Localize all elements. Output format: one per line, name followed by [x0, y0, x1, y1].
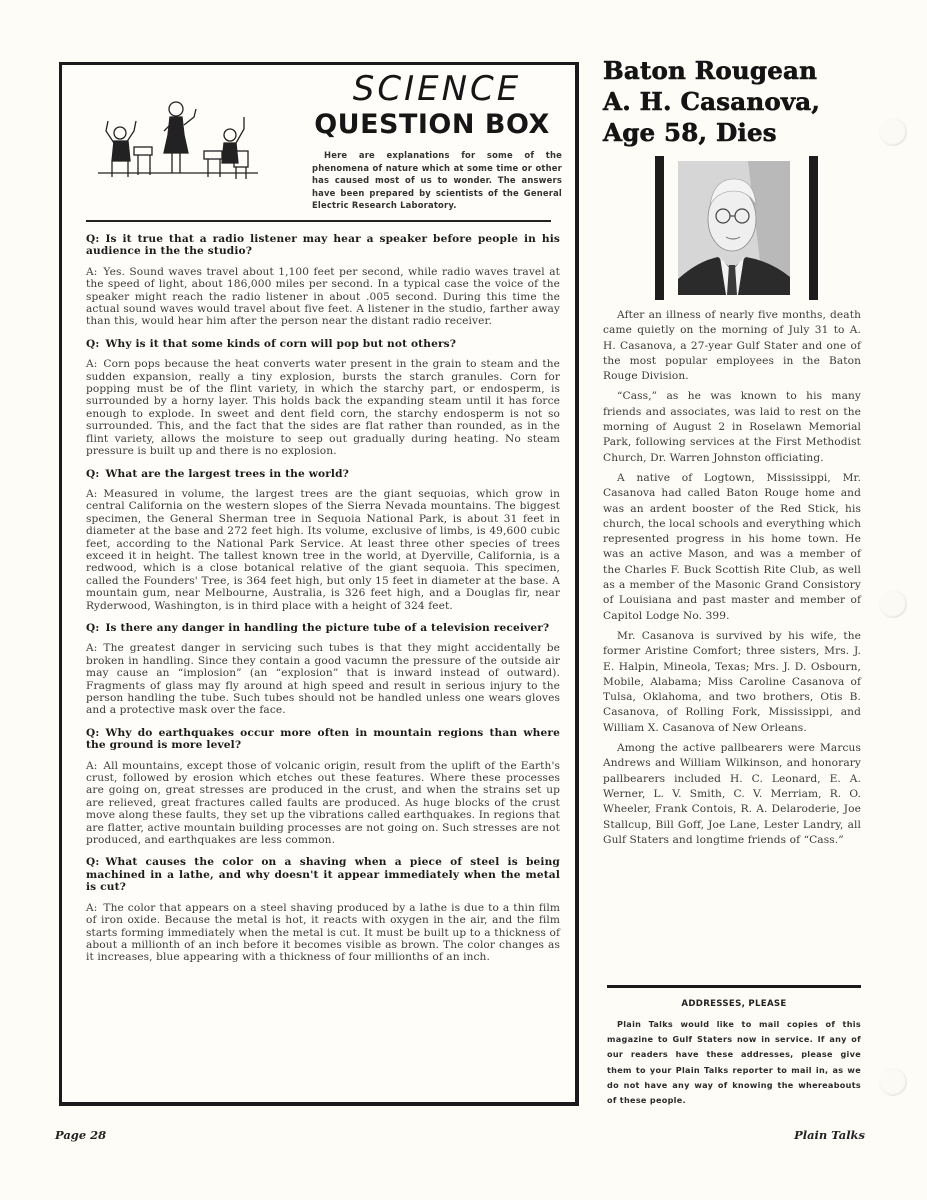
question-body: Is there any danger in handling the pict… — [105, 622, 549, 634]
divider-rule — [607, 985, 861, 988]
question-body: Why is it that some kinds of corn will p… — [105, 338, 456, 350]
portrait-block — [603, 156, 861, 356]
punch-hole-decoration — [879, 118, 907, 146]
answer-label: A: — [86, 902, 97, 914]
question-text: Q:What are the largest trees in the worl… — [86, 468, 560, 480]
obituary-paragraph: “Cass,” as he was known to his many frie… — [603, 389, 861, 465]
qa-item: Q:What causes the color on a shaving whe… — [86, 856, 560, 963]
question-body: What are the largest trees in the world? — [105, 468, 349, 480]
question-text: Q:What causes the color on a shaving whe… — [86, 856, 560, 893]
headline-line: Age 58, Dies — [603, 117, 861, 148]
answer-text: A:The color that appears on a steel shav… — [86, 902, 560, 964]
answer-label: A: — [86, 488, 97, 500]
publication-name: Plain Talks — [794, 1128, 865, 1142]
answer-label: A: — [86, 358, 97, 370]
divider-rule — [86, 220, 551, 222]
answer-body: Measured in volume, the largest trees ar… — [86, 488, 560, 612]
question-label: Q: — [86, 622, 99, 634]
question-body: What causes the color on a shaving when … — [86, 856, 560, 893]
mourning-bar-left — [655, 156, 664, 300]
portrait-man-icon — [678, 161, 790, 295]
question-text: Q:Why do earthquakes occur more often in… — [86, 727, 560, 752]
question-label: Q: — [86, 727, 99, 739]
qa-item: Q:Why is it that some kinds of corn will… — [86, 338, 560, 458]
obituary-article: Baton Rougean A. H. Casanova, Age 58, Di… — [603, 55, 861, 853]
qa-item: Q:What are the largest trees in the worl… — [86, 468, 560, 612]
page-number: Page 28 — [55, 1128, 106, 1142]
punch-hole-decoration — [879, 1068, 907, 1096]
obituary-paragraph: Among the active pallbearers were Marcus… — [603, 741, 861, 848]
magazine-page: SCIENCE QUESTION BOX Here are explanatio… — [0, 0, 927, 1200]
question-body: Why do earthquakes occur more often in m… — [86, 727, 560, 751]
notice-body: Plain Talks would like to mail copies of… — [607, 1017, 861, 1108]
obituary-paragraph: A native of Logtown, Mississippi, Mr. Ca… — [603, 471, 861, 624]
answer-body: All mountains, except those of volcanic … — [86, 760, 560, 846]
science-box-title-line2: QUESTION BOX — [302, 109, 562, 140]
qa-item: Q:Is there any danger in handling the pi… — [86, 622, 560, 717]
question-label: Q: — [86, 233, 99, 245]
answer-text: A:All mountains, except those of volcani… — [86, 760, 560, 847]
obituary-headline: Baton Rougean A. H. Casanova, Age 58, Di… — [603, 55, 861, 148]
obituary-body: After an illness of nearly five months, … — [603, 308, 861, 848]
qa-item: Q:Why do earthquakes occur more often in… — [86, 727, 560, 847]
answer-body: The greatest danger in servicing such tu… — [86, 642, 560, 716]
question-answer-list: Q:Is it true that a radio listener may h… — [86, 233, 560, 974]
question-body: Is it true that a radio listener may hea… — [86, 233, 560, 257]
question-label: Q: — [86, 468, 99, 480]
science-box-header: SCIENCE QUESTION BOX Here are explanatio… — [62, 65, 575, 215]
science-box-title-line1: SCIENCE — [312, 69, 562, 109]
mourning-bar-right — [809, 156, 818, 300]
addresses-please-notice: ADDRESSES, PLEASE Plain Talks would like… — [607, 985, 861, 1108]
notice-title: ADDRESSES, PLEASE — [607, 999, 861, 1009]
question-label: Q: — [86, 338, 99, 350]
obituary-paragraph: Mr. Casanova is survived by his wife, th… — [603, 629, 861, 736]
answer-body: Corn pops because the heat converts wate… — [86, 358, 560, 457]
answer-text: A:Yes. Sound waves travel about 1,100 fe… — [86, 266, 560, 328]
question-label: Q: — [86, 856, 99, 868]
portrait-photo — [678, 161, 790, 295]
headline-line: A. H. Casanova, — [603, 86, 861, 117]
answer-body: Yes. Sound waves travel about 1,100 feet… — [86, 266, 560, 328]
teacher-and-students-illustration-icon — [98, 95, 258, 195]
answer-body: The color that appears on a steel shavin… — [86, 902, 560, 964]
science-question-box: SCIENCE QUESTION BOX Here are explanatio… — [59, 62, 579, 1106]
answer-label: A: — [86, 266, 97, 278]
punch-hole-decoration — [879, 590, 907, 618]
science-box-intro: Here are explanations for some of the ph… — [312, 149, 562, 212]
answer-label: A: — [86, 760, 97, 772]
qa-item: Q:Is it true that a radio listener may h… — [86, 233, 560, 328]
answer-text: A:Corn pops because the heat converts wa… — [86, 358, 560, 457]
question-text: Q:Why is it that some kinds of corn will… — [86, 338, 560, 350]
answer-text: A:The greatest danger in servicing such … — [86, 642, 560, 716]
headline-line: Baton Rougean — [603, 55, 861, 86]
question-text: Q:Is there any danger in handling the pi… — [86, 622, 560, 634]
answer-label: A: — [86, 642, 97, 654]
answer-text: A:Measured in volume, the largest trees … — [86, 488, 560, 612]
question-text: Q:Is it true that a radio listener may h… — [86, 233, 560, 258]
